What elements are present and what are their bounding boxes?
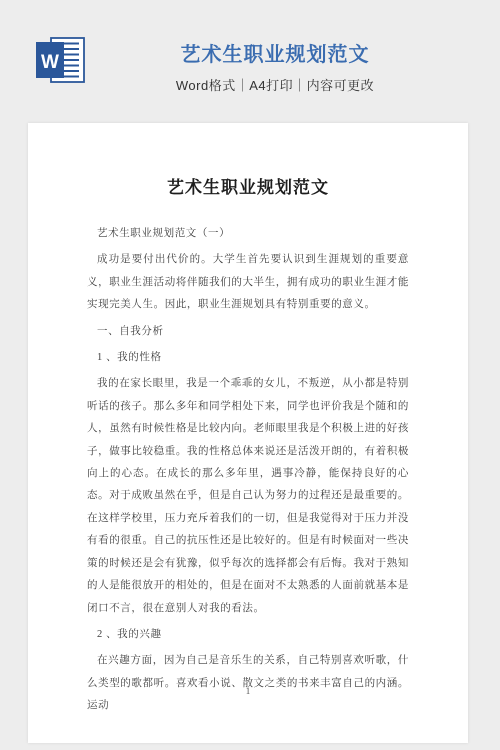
doc-heading-interests: 2 、我的兴趣 bbox=[87, 624, 409, 646]
document-body: 艺术生职业规划范文（一） 成功是要付出代价的。大学生首先要认识到生涯规划的重要意… bbox=[87, 223, 409, 718]
document-title: 艺术生职业规划范文 bbox=[87, 175, 409, 201]
doc-heading-personality: 1 、我的性格 bbox=[87, 347, 409, 369]
word-icon-letter: W bbox=[41, 52, 59, 73]
document-page: 艺术生职业规划范文 艺术生职业规划范文（一） 成功是要付出代价的。大学生首先要认… bbox=[28, 123, 468, 743]
doc-paragraph: 艺术生职业规划范文（一） bbox=[87, 223, 409, 245]
preview-screen: W 艺术生职业规划范文 Word格式｜A4打印｜内容可更改 艺术生职业规划范文 … bbox=[0, 0, 500, 750]
doc-heading-self-analysis: 一、自我分析 bbox=[87, 321, 409, 343]
header-text-block: 艺术生职业规划范文 Word格式｜A4打印｜内容可更改 bbox=[85, 0, 465, 94]
doc-paragraph: 在兴趣方面，因为自己是音乐生的关系，自己特别喜欢听歌，什么类型的歌都听。喜欢看小… bbox=[87, 650, 409, 717]
doc-paragraph: 成功是要付出代价的。大学生首先要认识到生涯规划的重要意义，职业生涯活动将伴随我们… bbox=[87, 249, 409, 316]
page-number: 1 bbox=[28, 686, 468, 696]
word-file-icon: W bbox=[36, 37, 86, 83]
template-format-info: Word格式｜A4打印｜内容可更改 bbox=[85, 75, 465, 94]
preview-header: W 艺术生职业规划范文 Word格式｜A4打印｜内容可更改 bbox=[0, 0, 500, 123]
template-title: 艺术生职业规划范文 bbox=[85, 42, 465, 68]
doc-paragraph: 我的在家长眼里，我是一个乖乖的女儿，不叛逆，从小都是特别听话的孩子。那么多年和同… bbox=[87, 373, 409, 619]
